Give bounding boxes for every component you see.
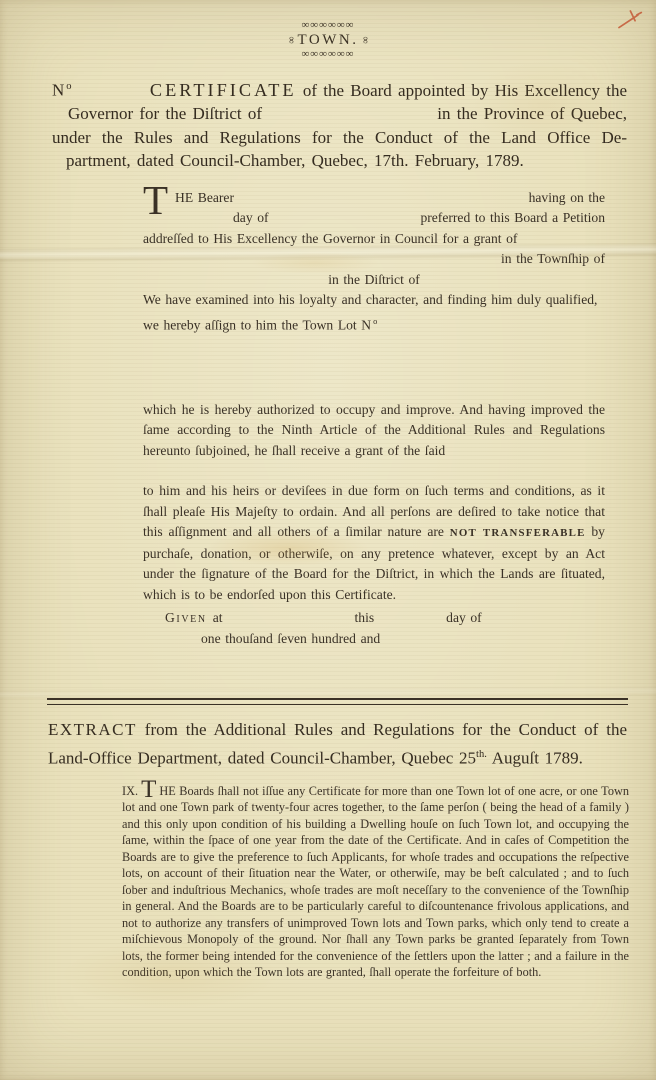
improve-paragraph: which he is hereby authorized to occupy … (143, 400, 605, 462)
examined-line: We have examined into his loyalty and ch… (143, 290, 605, 311)
given-at-line: Givenat this day of (143, 608, 605, 629)
town-lot-line: we hereby aſſign to him the Town Lot No (143, 311, 605, 336)
extract-heading-line-2: Land-Office Department, dated Council-Ch… (48, 743, 627, 771)
province-label: in the Province of Quebec, (437, 102, 627, 126)
addressed-line: addreſſed to His Excellency the Governor… (143, 229, 605, 250)
ornament-border-top-icon: ∞∞∞∞∞∞ (273, 20, 383, 31)
township-of-line: in the Townſhip of (143, 249, 605, 270)
town-stamp: ∞∞∞∞∞∞ ∞ TOWN. ∞ ∞∞∞∞∞∞ (273, 20, 383, 60)
drop-cap-initial: T (143, 177, 168, 223)
bearer-label: THE Bearer (143, 188, 234, 209)
town-stamp-label: TOWN. (298, 31, 359, 49)
extract-initial: T (141, 776, 156, 803)
day-of-line: day of preferred to this Board a Petitio… (143, 208, 605, 229)
article-number-label: IX. (122, 784, 138, 798)
terms-paragraph: to him and his heirs or deviſees in due … (143, 481, 605, 605)
district-of-line: in the Diſtrict of (143, 270, 605, 291)
district-of-label: Governor for the Diſtrict of (68, 102, 262, 126)
title-line-2: Governor for the Diſtrict of in the Prov… (52, 102, 627, 126)
petition-label: preferred to this Board a Petition (420, 208, 605, 229)
ornament-border-right-icon: ∞ (356, 36, 374, 43)
red-pen-mark-icon (614, 6, 645, 36)
day-of-label: day of (233, 208, 269, 229)
extract-heading-line-1: EXTRACT from the Additional Rules and Re… (48, 718, 627, 743)
ornament-border-left-icon: ∞ (282, 36, 300, 43)
ornament-border-bottom-icon: ∞∞∞∞∞∞ (273, 49, 383, 60)
given-label: Givenat (165, 608, 223, 629)
having-on-the-label: having on the (529, 188, 605, 209)
certificate-number-label: No (52, 75, 72, 102)
certificate-body: THE Bearer having on the day of preferre… (143, 188, 605, 650)
extract-article-ix: IX.THE Boards ſhall not iſſue any Certif… (122, 783, 629, 981)
title-line-1-text: CERTIFICATE of the Board appointed by Hi… (150, 79, 627, 103)
year-line: one thouſand ſeven hundred and (143, 629, 605, 650)
bearer-line: THE Bearer having on the (143, 188, 605, 209)
not-transferable-emphasis: NOT TRANSFERABLE (450, 527, 586, 539)
this-label: this (355, 608, 375, 629)
given-day-of-label: day of (446, 608, 482, 629)
extract-heading: EXTRACT from the Additional Rules and Re… (48, 718, 627, 771)
certificate-document: ∞∞∞∞∞∞ ∞ TOWN. ∞ ∞∞∞∞∞∞ No CERTIFICATE o… (0, 0, 656, 1080)
title-line-1: No CERTIFICATE of the Board appointed by… (52, 75, 627, 102)
title-line-3: under the Rules and Regulations for the … (52, 126, 627, 150)
certificate-title: No CERTIFICATE of the Board appointed by… (52, 75, 627, 173)
double-rule-divider (47, 698, 628, 705)
title-line-4: partment, dated Council-Chamber, Quebec,… (52, 149, 627, 173)
